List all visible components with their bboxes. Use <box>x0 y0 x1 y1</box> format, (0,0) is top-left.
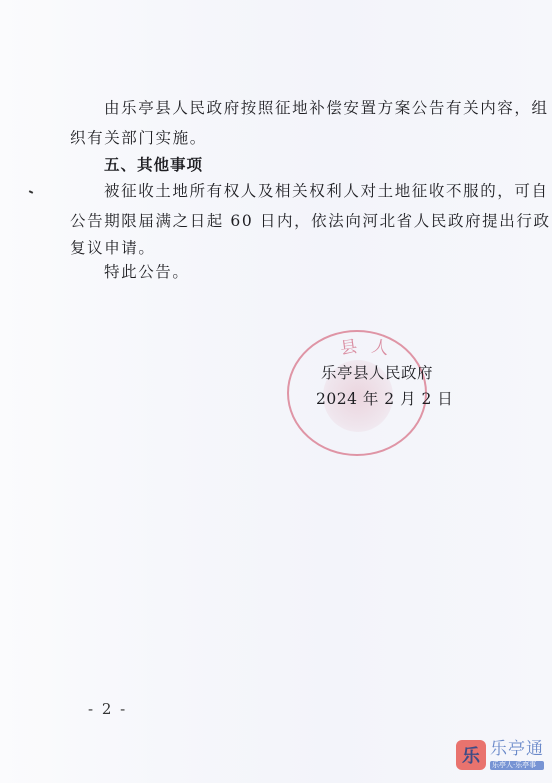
watermark-logo-icon: 乐 <box>456 740 486 770</box>
section-heading-other-matters: 五、其他事项 <box>104 155 203 175</box>
paragraph-1-line-2: 织有关部门实施。 <box>70 128 207 148</box>
issue-date: 2024 年 2 月 2 日 <box>316 387 453 409</box>
seal-char-1: 县 <box>338 332 358 359</box>
watermark-text: 乐亭通 乐亭人·乐亭事 <box>490 741 544 770</box>
watermark: 乐 乐亭通 乐亭人·乐亭事 <box>456 740 544 770</box>
page-number: - 2 - <box>88 700 127 718</box>
document-page: 由乐亭县人民政府按照征地补偿安置方案公告有关内容，组 织有关部门实施。 五、其他… <box>0 0 552 783</box>
paragraph-1-line-1: 由乐亭县人民政府按照征地补偿安置方案公告有关内容，组 <box>104 98 549 118</box>
paragraph-2-line-3: 复议申请。 <box>70 238 156 258</box>
scan-artifact-mark <box>29 190 33 194</box>
paragraph-2-line-1: 被征收土地所有权人及相关权利人对土地征收不服的，可自 <box>104 181 549 201</box>
paragraph-3-closing: 特此公告。 <box>104 262 190 282</box>
watermark-title: 乐亭通 <box>490 741 544 758</box>
issuer-name: 乐亭县人民政府 <box>321 361 433 383</box>
paragraph-2-line-2: 公告期限届满之日起 60 日内，依法向河北省人民政府提出行政 <box>70 211 551 231</box>
watermark-subtitle: 乐亭人·乐亭事 <box>490 761 544 770</box>
